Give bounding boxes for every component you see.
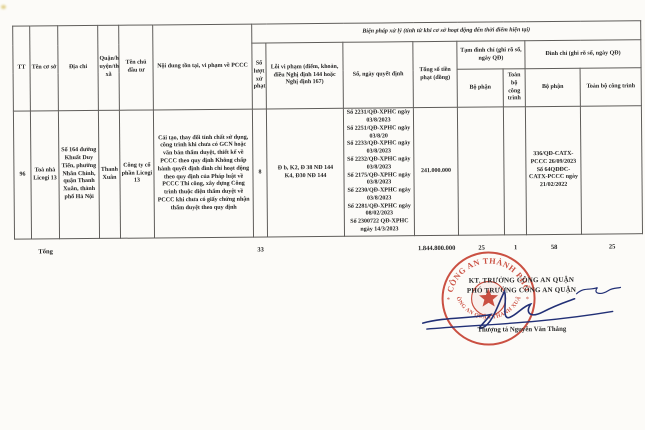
col-header-so-ngay-qd: Số, ngày quyết định [343,42,414,109]
cell-so-luot: 8 [252,109,267,237]
col-header-dia-chi: Địa chỉ [58,25,99,110]
col-header-ten-co-so: Tên cơ sở [30,26,59,111]
cell-dc-toan-bo [580,106,642,235]
cell-chu-dau-tu: Công ty cổ phần Licogi 13 [119,110,154,238]
col-header-so-luot: Số lượt xử phạt [252,43,267,109]
cell-tt: 96 [13,111,31,239]
signature-block: CÔNG AN THÀNH PHỐ CÔNG AN QUẬN THANH XUÂ… [396,245,645,377]
cell-quan-huyen: Thanh Xuân [98,110,120,238]
col-header-chu-dau-tu: Tên chủ đầu tư [119,25,154,110]
col-header-tt: TT [13,26,31,111]
col-header-tam-dinh-chi: Tạm đình chỉ (ghi rõ số, ngày QĐ) [457,41,525,70]
col-header-dinh-chi: Đình chỉ (ghi rõ số, ngày QĐ) [525,40,641,69]
cell-quyet-dinh: Số 2231/QĐ-XPHC ngày 03/8/2023Số 2251/QĐ… [343,108,414,237]
col-header-dc-bo-phan: Bộ phận [525,68,580,106]
cell-dc-bo-phan: 336/QĐ-CATX-PCCC 26/09/2023 Số 64QĐĐC-CA… [525,106,581,234]
violations-table: TT Tên cơ sở Địa chỉ Quận/h uyện/thị xã … [12,20,643,265]
col-header-quan-huyen: Quận/h uyện/thị xã [98,25,120,110]
col-header-dc-toan-bo: Toàn bộ công trình [580,68,641,107]
cell-tong-tien: 241.000.000 [413,107,458,235]
cell-dia-chi: Số 164 đường Khuất Duy Tiến, phường Nhân… [58,110,99,238]
scan-content: TT Tên cơ sở Địa chỉ Quận/h uyện/thị xã … [0,0,645,430]
table-row: 96 Toà nhà Licogi 13 Số 164 đường Khuất … [13,106,642,239]
col-header-tong-tien: Tổng số tiền phạt (đồng) [413,41,458,107]
col-header-noi-dung: Nội dung tồn tại, vi phạm về PCCC [153,24,253,110]
totals-so-luot: 33 [254,237,268,264]
cell-loi-vi-pham: Đ b, K2, Đ 38 NĐ 144K4, Đ30 NĐ 144 [266,108,344,237]
col-header-tam-dc-toan-bo: Toàn bộ công trình [503,69,525,107]
scanned-report-page: TT Tên cơ sở Địa chỉ Quận/h uyện/thị xã … [0,0,645,430]
cell-ten-co-so: Toà nhà Licogi 13 [30,111,59,239]
cell-noi-dung: Cải tạo, thay đổi tính chất sử dụng, côn… [153,109,253,238]
totals-empty [15,239,32,266]
col-header-loi-vi-pham: Lỗi vi phạm (điểm, khoản, điều Nghị định… [266,42,344,109]
col-header-tam-dc-bo-phan: Bộ phận [457,69,503,107]
totals-label: Tổng [32,239,60,266]
cell-tam-dc-bo-phan [457,107,504,235]
cell-tam-dc-toan-bo [503,107,526,235]
